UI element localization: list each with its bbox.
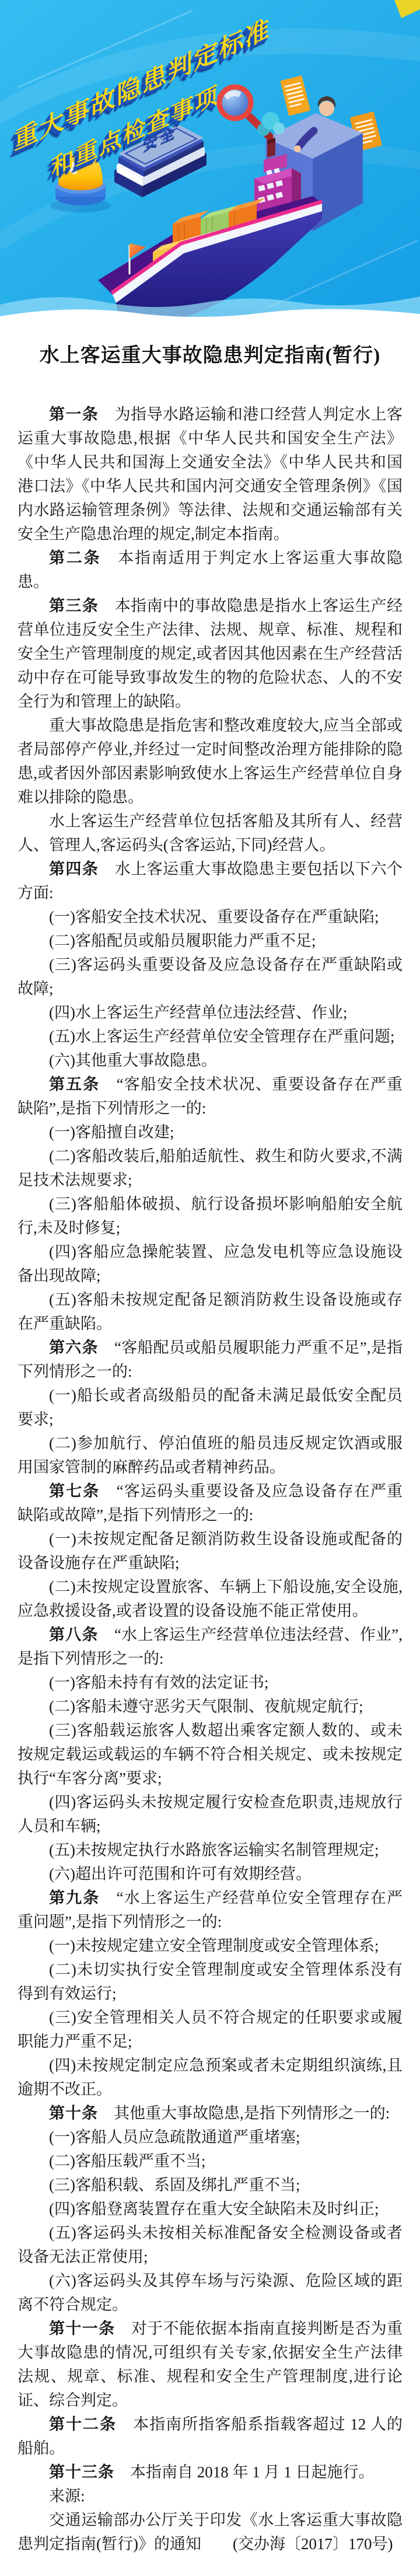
paragraph: (一)未按规定建立安全管理制度或安全管理体系; xyxy=(17,1934,402,1958)
article-label: 第六条 xyxy=(49,1339,99,1357)
article-label: 第七条 xyxy=(49,1482,100,1500)
paragraph: (一)客船安全技术状况、重要设备存在严重缺陷; xyxy=(17,905,402,929)
paragraph: (三)安全管理相关人员不符合规定的任职要求或履职能力严重不足; xyxy=(17,2006,402,2054)
paragraph: (三)客船船体破损、航行设备损坏影响船舶安全航行,未及时修复; xyxy=(17,1192,402,1240)
paragraph: 第五条 “客船安全技术状况、重要设备存在严重缺陷”,是指下列情形之一的: xyxy=(17,1073,402,1121)
paragraph: 第四条 水上客运重大事故隐患主要包括以下六个方面: xyxy=(17,857,402,905)
article-label: 第八条 xyxy=(49,1626,99,1644)
document-title: 水上客运重大事故隐患判定指南(暂行) xyxy=(17,343,402,369)
article-label: 第一条 xyxy=(49,406,99,424)
paragraph: 第二条 本指南适用于判定水上客运重大事故隐患。 xyxy=(17,546,402,594)
paragraph: (三)客船积载、系固及绑扎严重不当; xyxy=(17,2173,402,2197)
paragraph: (二)客船配员或船员履职能力严重不足; xyxy=(17,929,402,953)
article-label: 第十条 xyxy=(49,2104,98,2123)
article-label: 第十一条 xyxy=(49,2320,116,2338)
paragraph: (一)客船人员应急疏散通道严重堵塞; xyxy=(17,2125,402,2149)
paragraph: (六)客运码头及其停车场与污染源、危险区域的距离不符合规定。 xyxy=(17,2269,402,2317)
article-label: 第十二条 xyxy=(49,2416,117,2434)
document-body: 第一条 为指导水路运输和港口经营人判定水上客运重大事故隐患,根据《中华人民共和国… xyxy=(17,403,402,2556)
paragraph: 第八条 “水上客运生产经营单位违法经营、作业”,是指下列情形之一的: xyxy=(17,1623,402,1671)
article-label: 第二条 xyxy=(49,549,101,567)
paragraph: (六)其他重大事故隐患。 xyxy=(17,1049,402,1073)
paragraph: (五)未按规定执行水路旅客运输实名制管理规定; xyxy=(17,1838,402,1862)
paragraph: 第十条 其他重大事故隐患,是指下列情形之一的: xyxy=(17,2102,402,2125)
paragraph: (四)客船应急操舵装置、应急发电机等应急设施设备出现故障; xyxy=(17,1240,402,1288)
paragraph: 第七条 “客运码头重要设备及应急设备存在严重缺陷或故障”,是指下列情形之一的: xyxy=(17,1479,402,1527)
paragraph: (三)客运码头重要设备及应急设备存在严重缺陷或故障; xyxy=(17,953,402,1001)
paragraph: 第一条 为指导水路运输和港口经营人判定水上客运重大事故隐患,根据《中华人民共和国… xyxy=(17,403,402,546)
paragraph: (二)客船压载严重不当; xyxy=(17,2149,402,2173)
paragraph: 第十二条 本指南所指客船系指载客超过 12 人的船舶。 xyxy=(17,2413,402,2460)
paragraph: 第九条 “水上客运生产经营单位安全管理存在严重问题”,是指下列情形之一的: xyxy=(17,1886,402,1934)
article-label: 第五条 xyxy=(49,1076,100,1094)
paragraph: (四)未按规定制定应急预案或者未定期组织演练,且逾期不改正。 xyxy=(17,2054,402,2102)
paragraph: (四)客船登离装置存在重大安全缺陷未及时纠正; xyxy=(17,2197,402,2221)
paragraph: 第三条 本指南中的事故隐患是指水上客运生产经营单位违反安全生产法律、法规、规章、… xyxy=(17,594,402,714)
paragraph: (一)船长或者高级船员的配备未满足最低安全配员要求; xyxy=(17,1384,402,1432)
article-label: 第九条 xyxy=(49,1889,100,1907)
paragraph: (四)客运码头未按规定履行安检查危职责,违规放行人员和车辆; xyxy=(17,1790,402,1838)
article-label: 第三条 xyxy=(49,597,99,615)
paragraph: (二)未切实执行安全管理制度或安全管理体系没有得到有效运行; xyxy=(17,1958,402,2006)
paragraph: (五)客船未按规定配备足额消防救生设备设施或存在严重缺陷。 xyxy=(17,1288,402,1336)
paragraph: 来源: xyxy=(17,2484,402,2508)
paragraph: (二)客船未遵守恶劣天气限制、夜航规定航行; xyxy=(17,1695,402,1719)
article-label: 第四条 xyxy=(49,860,99,878)
paragraph: 重大事故隐患是指危害和整改难度较大,应当全部或者局部停产停业,并经过一定时间整改… xyxy=(17,714,402,809)
banner-illustration: 重大事故隐患判定标准 和重点检查事项 安全 xyxy=(0,0,420,328)
paragraph: (六)超出许可范围和许可有效期经营。 xyxy=(17,1862,402,1886)
article-label: 第十三条 xyxy=(49,2463,114,2481)
paragraph: (一)客船擅自改建; xyxy=(17,1121,402,1144)
paragraph: 第六条 “客船配员或船员履职能力严重不足”,是指下列情形之一的: xyxy=(17,1336,402,1384)
paragraph: (一)未按规定配备足额消防救生设备设施或配备的设备设施存在严重缺陷; xyxy=(17,1527,402,1575)
paragraph: (三)客船载运旅客人数超出乘客定额人数的、或未按规定载运或载运的车辆不符合相关规… xyxy=(17,1719,402,1790)
paragraph: (二)客船改装后,船舶适航性、救生和防火要求,不满足技术法规要求; xyxy=(17,1144,402,1192)
paragraph: 水上客运生产经营单位包括客船及其所有人、经营人、管理人,客运码头(含客运站,下同… xyxy=(17,809,402,857)
paragraph: 交通运输部办公厅关于印发《水上客运重大事故隐患判定指南(暂行)》的通知 (交办海… xyxy=(17,2508,402,2556)
paragraph: (五)水上客运生产经营单位安全管理存在严重问题; xyxy=(17,1025,402,1049)
document-page: 水上客运重大事故隐患判定指南(暂行) 第一条 为指导水路运输和港口经营人判定水上… xyxy=(0,328,420,2576)
paragraph: (五)客运码头未按相关标准配备安全检测设备或者设备无法正常使用; xyxy=(17,2221,402,2269)
paragraph: (一)客船未持有有效的法定证书; xyxy=(17,1671,402,1695)
paragraph: (四)水上客运生产经营单位违法经营、作业; xyxy=(17,1001,402,1025)
paragraph: (二)参加航行、停泊值班的船员违反规定饮酒或服用国家管制的麻醉药品或者精神药品。 xyxy=(17,1432,402,1479)
paragraph: 第十三条 本指南自 2018 年 1 月 1 日起施行。 xyxy=(17,2460,402,2484)
paragraph: (二)未按规定设置旅客、车辆上下船设施,安全设施,应急救援设备,或者设置的设备设… xyxy=(17,1575,402,1623)
paragraph: 第十一条 对于不能依据本指南直接判断是否为重大事故隐患的情况,可组织有关专家,依… xyxy=(17,2317,402,2413)
